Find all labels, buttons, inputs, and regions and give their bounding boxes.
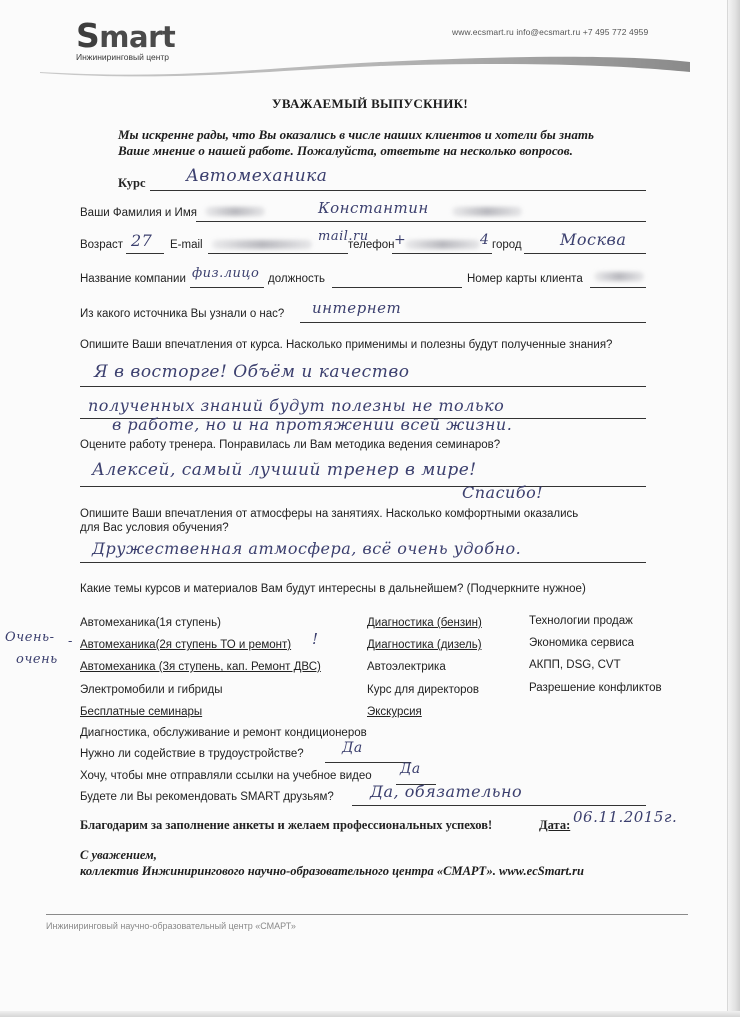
redacted-phone bbox=[405, 240, 480, 249]
name-label: Ваши Фамилия и Имя bbox=[80, 207, 197, 219]
position-label: должность bbox=[268, 273, 325, 285]
regards: С уважением, bbox=[80, 847, 584, 863]
course-line bbox=[150, 190, 646, 191]
email-label: E-mail bbox=[170, 239, 203, 251]
name-value[interactable]: Константин bbox=[318, 199, 429, 217]
topic-free-seminars[interactable]: Бесплатные семинары bbox=[80, 706, 202, 718]
source-line bbox=[300, 322, 646, 323]
city-value[interactable]: Москва bbox=[560, 230, 626, 249]
topic-diag-diesel[interactable]: Диагностика (дизель) bbox=[367, 639, 482, 651]
company-label: Название компании bbox=[80, 273, 186, 285]
job-help-value[interactable]: Да bbox=[342, 740, 363, 756]
question-trainer: Оцените работу тренера. Понравилась ли В… bbox=[80, 439, 500, 451]
margin-note-line-2: очень bbox=[16, 652, 58, 667]
intro-line-1: Мы искренне рады, что Вы оказались в чис… bbox=[118, 127, 594, 143]
topic-automech-3[interactable]: Автомеханика (3я ступень, кап. Ремонт ДВ… bbox=[80, 661, 321, 673]
redacted-email bbox=[212, 240, 312, 249]
redacted-surname bbox=[205, 207, 265, 216]
company-value[interactable]: физ.лицо bbox=[192, 266, 259, 281]
company-line bbox=[190, 287, 264, 288]
job-help-label: Нужно ли содействие в трудоустройстве? bbox=[80, 748, 304, 760]
phone-line bbox=[392, 253, 492, 254]
age-value[interactable]: 27 bbox=[131, 231, 152, 250]
recommend-line bbox=[352, 805, 646, 806]
answer-course-line-2[interactable]: полученных знаний будут полезны не тольк… bbox=[88, 396, 504, 415]
header-contacts: www.ecsmart.ru info@ecsmart.ru +7 495 77… bbox=[452, 27, 648, 37]
question-atmosphere-1: Опишите Ваши впечатления от атмосферы на… bbox=[80, 508, 578, 520]
date-value[interactable]: 06.11.2015г. bbox=[573, 808, 677, 826]
answer-course-line-3[interactable]: в работе, но и на протяжении всей жизни. bbox=[112, 415, 512, 434]
card-label: Номер карты клиента bbox=[467, 273, 583, 285]
page-title: УВАЖАЕМЫЙ ВЫПУСКНИК! bbox=[0, 96, 740, 112]
topic-electric-hybrid[interactable]: Электромобили и гибриды bbox=[80, 684, 222, 696]
thanks-text: Благодарим за заполнение анкеты и желаем… bbox=[80, 818, 492, 833]
intro-line-2: Ваше мнение о нашей работе. Пожалуйста, … bbox=[118, 143, 594, 159]
course-label: Курс bbox=[118, 176, 146, 191]
topic-transmissions[interactable]: АКПП, DSG, CVT bbox=[529, 659, 621, 671]
card-line bbox=[590, 287, 646, 288]
topic-automech-1[interactable]: Автомеханика(1я ступень) bbox=[80, 617, 221, 629]
margin-note-line-1: Очень- bbox=[5, 630, 54, 645]
topic-air-conditioning[interactable]: Диагностика, обслуживание и ремонт конди… bbox=[80, 727, 367, 739]
question-atmosphere-2: для Вас условия обучения? bbox=[80, 522, 229, 534]
phone-suffix[interactable]: 4 bbox=[480, 232, 489, 248]
topic-diag-petrol[interactable]: Диагностика (бензин) bbox=[367, 617, 482, 629]
redacted-card bbox=[594, 272, 644, 281]
answer-trainer-line-1[interactable]: Алексей, самый лучший тренер в мире! bbox=[92, 460, 477, 480]
age-label: Возраст bbox=[80, 239, 123, 251]
answer-atmosphere[interactable]: Дружественная атмосфера, всё очень удобн… bbox=[92, 539, 521, 558]
margin-dash: - bbox=[68, 634, 73, 649]
recommend-value[interactable]: Да, обязательно bbox=[370, 782, 522, 801]
topic-automech-2[interactable]: Автомеханика(2я ступень ТО и ремонт) bbox=[80, 639, 291, 651]
course-value[interactable]: Автомеханика bbox=[186, 166, 327, 186]
job-help-line bbox=[325, 762, 411, 763]
city-label: город bbox=[492, 239, 522, 251]
topics-label: Какие темы курсов и материалов Вам будут… bbox=[80, 583, 586, 595]
phone-label: телефон bbox=[348, 239, 394, 251]
topic-excursion[interactable]: Экскурсия bbox=[367, 706, 422, 718]
question-course-impressions: Опишите Ваши впечатления от курса. Наско… bbox=[80, 339, 612, 351]
position-line[interactable] bbox=[332, 287, 462, 288]
team-signature: коллектив Инжинирингового научно-образов… bbox=[80, 863, 584, 879]
topic-conflicts[interactable]: Разрешение конфликтов bbox=[529, 682, 662, 694]
footer-divider bbox=[46, 914, 688, 915]
answer-trainer-line-2[interactable]: Спасибо! bbox=[462, 483, 543, 502]
video-label: Хочу, чтобы мне отправляли ссылки на уче… bbox=[80, 770, 372, 782]
city-line bbox=[524, 253, 646, 254]
recommend-label: Будете ли Вы рекомендовать SMART друзьям… bbox=[80, 791, 334, 803]
age-line bbox=[126, 253, 164, 254]
video-value[interactable]: Да bbox=[400, 761, 421, 777]
answer-line-1 bbox=[80, 386, 646, 387]
scan-shadow bbox=[0, 1011, 740, 1017]
answer-course-line-1[interactable]: Я в восторге! Объём и качество bbox=[94, 362, 409, 382]
answer-line-4 bbox=[80, 562, 646, 563]
topic-service-economics[interactable]: Экономика сервиса bbox=[529, 637, 634, 649]
topic-sales[interactable]: Технологии продаж bbox=[529, 615, 633, 627]
date-label: Дата: bbox=[539, 818, 570, 833]
topic-autoelectric[interactable]: Автоэлектрика bbox=[367, 661, 446, 673]
header-swoosh bbox=[0, 40, 740, 85]
source-value[interactable]: интернет bbox=[312, 299, 401, 317]
source-label: Из какого источника Вы узнали о нас? bbox=[80, 308, 284, 320]
answer-line-3 bbox=[80, 486, 646, 487]
topic-exclamation-mark: ! bbox=[312, 630, 319, 648]
name-line bbox=[196, 221, 646, 222]
intro-text: Мы искренне рады, что Вы оказались в чис… bbox=[118, 127, 594, 159]
page-edge bbox=[727, 0, 740, 1017]
redacted-patronymic bbox=[452, 207, 522, 216]
email-line bbox=[208, 253, 348, 254]
topic-directors[interactable]: Курс для директоров bbox=[367, 684, 479, 696]
signature-block: С уважением, коллектив Инжинирингового н… bbox=[80, 847, 584, 879]
footer-text: Инжиниринговый научно-образовательный це… bbox=[46, 921, 296, 931]
